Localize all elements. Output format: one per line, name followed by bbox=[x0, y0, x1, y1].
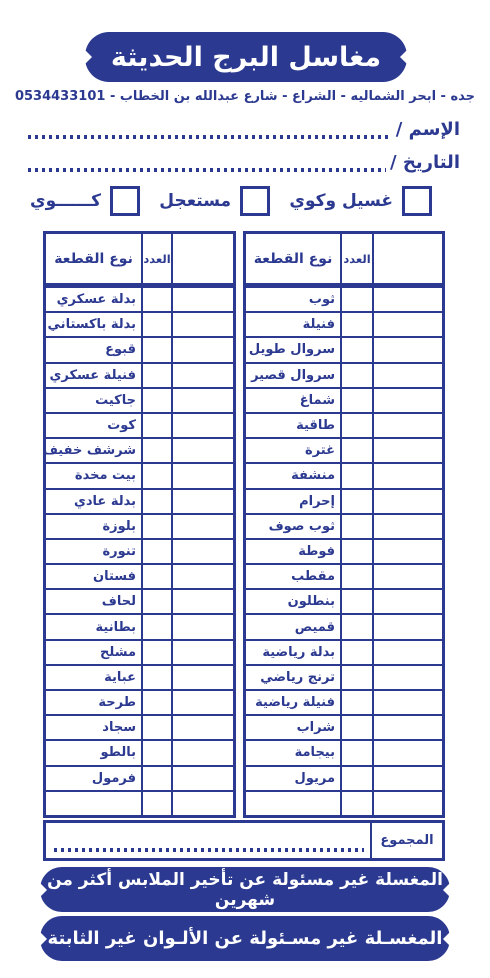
qty-cell[interactable] bbox=[141, 615, 171, 638]
service-option-iron: كــــــوي bbox=[30, 186, 140, 216]
qty-cell[interactable] bbox=[141, 364, 171, 387]
item-row: مشلح bbox=[46, 639, 233, 664]
qty-cell[interactable] bbox=[340, 389, 372, 412]
price-cell[interactable] bbox=[171, 615, 233, 638]
date-field-row: التاريخ / bbox=[28, 147, 460, 175]
item-row: بيجامة bbox=[246, 739, 442, 764]
col-header-blank bbox=[372, 234, 442, 283]
qty-cell[interactable] bbox=[141, 490, 171, 513]
price-cell[interactable] bbox=[171, 338, 233, 361]
items-table-left: نوع القطعة العدد بدلة عسكريبدلة باكستاني… bbox=[43, 231, 236, 818]
item-name-cell: ثوب صوف bbox=[246, 515, 340, 538]
total-label: المجموع bbox=[370, 823, 442, 858]
item-row: فستان bbox=[46, 563, 233, 588]
item-name-cell: سروال طويل bbox=[246, 338, 340, 361]
qty-cell[interactable] bbox=[141, 414, 171, 437]
date-dotted-line[interactable] bbox=[28, 168, 386, 172]
item-row: بدلة عادي bbox=[46, 488, 233, 513]
price-cell[interactable] bbox=[372, 615, 442, 638]
logo-banner: مغاسل البرج الحديثة bbox=[85, 32, 407, 82]
item-name-cell: بدلة باكستاني bbox=[46, 313, 141, 336]
qty-cell[interactable] bbox=[141, 338, 171, 361]
item-name-cell: ثوب bbox=[246, 288, 340, 311]
price-cell[interactable] bbox=[171, 741, 233, 764]
item-row: سروال طويل bbox=[246, 336, 442, 361]
item-row: فوطة bbox=[246, 538, 442, 563]
item-row: ترنج رياضي bbox=[246, 664, 442, 689]
wash-iron-label: غسيل وكوي bbox=[289, 191, 393, 211]
qty-cell[interactable] bbox=[141, 515, 171, 538]
item-row: جاكيت bbox=[46, 387, 233, 412]
name-dotted-line[interactable] bbox=[28, 135, 392, 139]
item-name-cell: منشفة bbox=[246, 464, 340, 487]
item-name-cell: بالطو bbox=[46, 741, 141, 764]
qty-cell[interactable] bbox=[340, 364, 372, 387]
price-cell[interactable] bbox=[372, 439, 442, 462]
item-name-cell: لحاف bbox=[46, 590, 141, 613]
service-options-row: غسيل وكوي مستعجل كــــــوي bbox=[30, 184, 432, 218]
item-name-cell: فنيلة عسكري bbox=[46, 364, 141, 387]
item-name-cell: شراب bbox=[246, 716, 340, 739]
items-tables: نوع القطعة العدد ثوبفنيلةسروال طويلسروال… bbox=[43, 231, 445, 818]
item-row: فنيلة bbox=[246, 311, 442, 336]
page-title: مغاسل البرج الحديثة bbox=[111, 42, 381, 73]
item-name-cell: عباية bbox=[46, 666, 141, 689]
footer-note-delay-text: المغسلة غير مسئولة عن تأخير الملابس أكثر… bbox=[40, 870, 450, 910]
item-name-cell: كوت bbox=[46, 414, 141, 437]
qty-cell[interactable] bbox=[340, 716, 372, 739]
name-label: الإسم / bbox=[396, 118, 460, 142]
qty-cell[interactable] bbox=[141, 590, 171, 613]
item-name-cell: مقطب bbox=[246, 565, 340, 588]
qty-cell[interactable] bbox=[340, 792, 372, 815]
qty-cell[interactable] bbox=[340, 767, 372, 790]
item-name-cell bbox=[246, 792, 340, 815]
iron-label: كــــــوي bbox=[30, 191, 101, 211]
qty-cell[interactable] bbox=[141, 767, 171, 790]
price-cell[interactable] bbox=[171, 464, 233, 487]
qty-cell[interactable] bbox=[141, 641, 171, 664]
item-name-cell: غترة bbox=[246, 439, 340, 462]
item-row: ثوب صوف bbox=[246, 513, 442, 538]
price-cell[interactable] bbox=[171, 716, 233, 739]
price-cell[interactable] bbox=[372, 540, 442, 563]
price-cell[interactable] bbox=[171, 490, 233, 513]
col-header-blank bbox=[171, 234, 233, 283]
item-row: بدلة باكستاني bbox=[46, 311, 233, 336]
total-dotted-line bbox=[54, 848, 364, 852]
item-row: تنورة bbox=[46, 538, 233, 563]
price-cell[interactable] bbox=[171, 641, 233, 664]
qty-cell[interactable] bbox=[340, 615, 372, 638]
qty-cell[interactable] bbox=[340, 338, 372, 361]
items-table-right: نوع القطعة العدد ثوبفنيلةسروال طويلسروال… bbox=[243, 231, 445, 818]
price-cell[interactable] bbox=[171, 288, 233, 311]
item-row: بطانية bbox=[46, 613, 233, 638]
qty-cell[interactable] bbox=[340, 439, 372, 462]
table-header-row: نوع القطعة العدد bbox=[46, 234, 233, 286]
qty-cell[interactable] bbox=[340, 691, 372, 714]
item-name-cell: بطانية bbox=[46, 615, 141, 638]
price-cell[interactable] bbox=[372, 490, 442, 513]
item-name-cell: بدلة عادي bbox=[46, 490, 141, 513]
qty-cell[interactable] bbox=[141, 691, 171, 714]
qty-cell[interactable] bbox=[141, 439, 171, 462]
qty-cell[interactable] bbox=[340, 313, 372, 336]
item-name-cell bbox=[46, 792, 141, 815]
col-header-qty: العدد bbox=[340, 234, 372, 283]
qty-cell[interactable] bbox=[340, 540, 372, 563]
item-name-cell: فوطة bbox=[246, 540, 340, 563]
price-cell[interactable] bbox=[372, 767, 442, 790]
item-name-cell: سروال قصير bbox=[246, 364, 340, 387]
service-option-urgent: مستعجل bbox=[159, 186, 270, 216]
item-name-cell: جاكيت bbox=[46, 389, 141, 412]
qty-cell[interactable] bbox=[340, 414, 372, 437]
item-name-cell: بنطلون bbox=[246, 590, 340, 613]
item-row: منشفة bbox=[246, 462, 442, 487]
item-row: فنيلة عسكري bbox=[46, 362, 233, 387]
price-cell[interactable] bbox=[171, 515, 233, 538]
laundry-order-form: مغاسل البرج الحديثة جده - ابحر الشماليه … bbox=[0, 0, 490, 978]
qty-cell[interactable] bbox=[340, 515, 372, 538]
col-header-qty: العدد bbox=[141, 234, 171, 283]
price-cell[interactable] bbox=[171, 439, 233, 462]
item-name-cell: قبوع bbox=[46, 338, 141, 361]
urgent-checkbox[interactable] bbox=[240, 186, 270, 216]
qty-cell[interactable] bbox=[340, 288, 372, 311]
wash-iron-checkbox[interactable] bbox=[402, 186, 432, 216]
price-cell[interactable] bbox=[372, 313, 442, 336]
price-cell[interactable] bbox=[372, 590, 442, 613]
price-cell[interactable] bbox=[171, 666, 233, 689]
price-cell[interactable] bbox=[171, 313, 233, 336]
qty-cell[interactable] bbox=[141, 565, 171, 588]
item-name-cell: سجاد bbox=[46, 716, 141, 739]
qty-cell[interactable] bbox=[141, 666, 171, 689]
item-name-cell: طرحة bbox=[46, 691, 141, 714]
item-row: غترة bbox=[246, 437, 442, 462]
item-name-cell: فنيلة bbox=[246, 313, 340, 336]
qty-cell[interactable] bbox=[141, 741, 171, 764]
item-row: بدلة رياضية bbox=[246, 639, 442, 664]
qty-cell[interactable] bbox=[141, 313, 171, 336]
price-cell[interactable] bbox=[372, 515, 442, 538]
qty-cell[interactable] bbox=[141, 716, 171, 739]
item-name-cell: طاقية bbox=[246, 414, 340, 437]
qty-cell[interactable] bbox=[141, 792, 171, 815]
item-row: عباية bbox=[46, 664, 233, 689]
item-row: بالطو bbox=[46, 739, 233, 764]
price-cell[interactable] bbox=[372, 792, 442, 815]
col-header-type: نوع القطعة bbox=[46, 234, 141, 283]
item-row: سجاد bbox=[46, 714, 233, 739]
item-name-cell: فستان bbox=[46, 565, 141, 588]
item-row: قميص bbox=[246, 613, 442, 638]
item-row: بلوزة bbox=[46, 513, 233, 538]
price-cell[interactable] bbox=[171, 792, 233, 815]
price-cell[interactable] bbox=[372, 741, 442, 764]
qty-cell[interactable] bbox=[141, 540, 171, 563]
price-cell[interactable] bbox=[171, 767, 233, 790]
item-name-cell: إحرام bbox=[246, 490, 340, 513]
qty-cell[interactable] bbox=[340, 641, 372, 664]
item-name-cell: بيت مخدة bbox=[46, 464, 141, 487]
price-cell[interactable] bbox=[171, 389, 233, 412]
item-name-cell: فنيلة رياضية bbox=[246, 691, 340, 714]
item-row: سروال قصير bbox=[246, 362, 442, 387]
price-cell[interactable] bbox=[372, 364, 442, 387]
item-row: مقطب bbox=[246, 563, 442, 588]
item-name-cell: مشلح bbox=[46, 641, 141, 664]
item-row: بيت مخدة bbox=[46, 462, 233, 487]
item-row bbox=[246, 790, 442, 815]
price-cell[interactable] bbox=[372, 716, 442, 739]
item-name-cell: بدلة رياضية bbox=[246, 641, 340, 664]
item-row: شماغ bbox=[246, 387, 442, 412]
iron-checkbox[interactable] bbox=[110, 186, 140, 216]
qty-cell[interactable] bbox=[340, 565, 372, 588]
item-name-cell: ترنج رياضي bbox=[246, 666, 340, 689]
price-cell[interactable] bbox=[372, 389, 442, 412]
item-row: مريول bbox=[246, 765, 442, 790]
qty-cell[interactable] bbox=[340, 666, 372, 689]
item-row: ثوب bbox=[246, 286, 442, 311]
price-cell[interactable] bbox=[372, 666, 442, 689]
item-row: شرشف خفيف bbox=[46, 437, 233, 462]
qty-cell[interactable] bbox=[340, 741, 372, 764]
item-row: طاقية bbox=[246, 412, 442, 437]
qty-cell[interactable] bbox=[340, 590, 372, 613]
item-row: إحرام bbox=[246, 488, 442, 513]
item-name-cell: شرشف خفيف bbox=[46, 439, 141, 462]
item-row: فرمول bbox=[46, 765, 233, 790]
table-header-row: نوع القطعة العدد bbox=[246, 234, 442, 286]
price-cell[interactable] bbox=[171, 414, 233, 437]
item-name-cell: بدلة عسكري bbox=[46, 288, 141, 311]
price-cell[interactable] bbox=[372, 288, 442, 311]
item-row: كوت bbox=[46, 412, 233, 437]
price-cell[interactable] bbox=[171, 364, 233, 387]
price-cell[interactable] bbox=[372, 464, 442, 487]
price-cell[interactable] bbox=[372, 338, 442, 361]
col-header-type: نوع القطعة bbox=[246, 234, 340, 283]
item-name-cell: شماغ bbox=[246, 389, 340, 412]
name-field-row: الإسم / bbox=[28, 114, 460, 142]
item-name-cell: فرمول bbox=[46, 767, 141, 790]
price-cell[interactable] bbox=[372, 565, 442, 588]
service-option-wash-iron: غسيل وكوي bbox=[289, 186, 432, 216]
item-row: بنطلون bbox=[246, 588, 442, 613]
price-cell[interactable] bbox=[171, 590, 233, 613]
price-cell[interactable] bbox=[171, 565, 233, 588]
price-cell[interactable] bbox=[372, 691, 442, 714]
item-name-cell: قميص bbox=[246, 615, 340, 638]
footer-note-colors-text: المغسـلة غير مسـئولة عن الألـوان غير الث… bbox=[48, 928, 443, 949]
urgent-label: مستعجل bbox=[159, 191, 231, 211]
item-row: بدلة عسكري bbox=[46, 286, 233, 311]
item-name-cell: بلوزة bbox=[46, 515, 141, 538]
qty-cell[interactable] bbox=[340, 464, 372, 487]
footer-note-colors: المغسـلة غير مسـئولة عن الألـوان غير الث… bbox=[40, 916, 450, 961]
qty-cell[interactable] bbox=[141, 288, 171, 311]
item-row: طرحة bbox=[46, 689, 233, 714]
total-amount-cell[interactable] bbox=[46, 823, 370, 858]
item-row: شراب bbox=[246, 714, 442, 739]
price-cell[interactable] bbox=[171, 691, 233, 714]
qty-cell[interactable] bbox=[340, 490, 372, 513]
total-row: المجموع bbox=[43, 820, 445, 861]
qty-cell[interactable] bbox=[141, 389, 171, 412]
price-cell[interactable] bbox=[372, 414, 442, 437]
date-label: التاريخ / bbox=[390, 151, 460, 175]
item-name-cell: مريول bbox=[246, 767, 340, 790]
item-row bbox=[46, 790, 233, 815]
qty-cell[interactable] bbox=[141, 464, 171, 487]
price-cell[interactable] bbox=[372, 641, 442, 664]
item-name-cell: تنورة bbox=[46, 540, 141, 563]
address-line: جده - ابحر الشماليه - الشراع - شارع عبدا… bbox=[0, 89, 490, 104]
item-row: لحاف bbox=[46, 588, 233, 613]
item-name-cell: بيجامة bbox=[246, 741, 340, 764]
price-cell[interactable] bbox=[171, 540, 233, 563]
item-row: فنيلة رياضية bbox=[246, 689, 442, 714]
item-row: قبوع bbox=[46, 336, 233, 361]
footer-note-delay: المغسلة غير مسئولة عن تأخير الملابس أكثر… bbox=[40, 867, 450, 912]
